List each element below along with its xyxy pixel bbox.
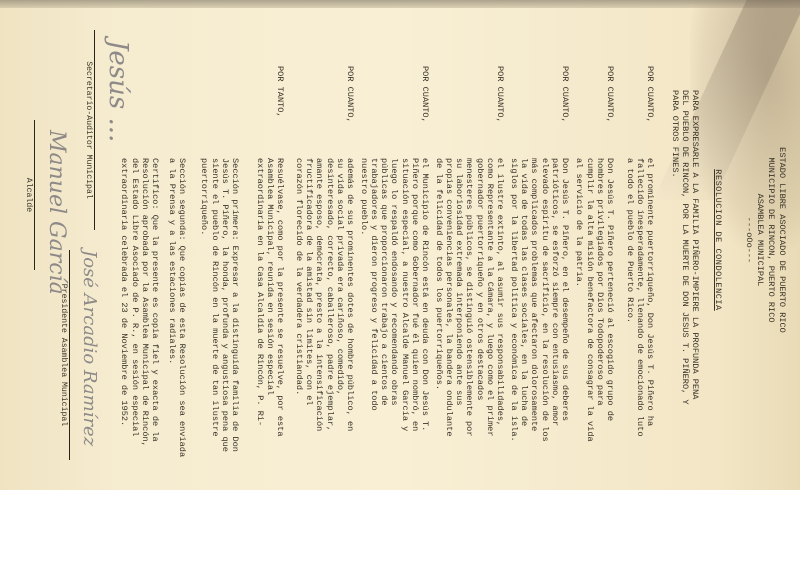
paragraph-text: Resuélvase, como por la presente se resu… (254, 158, 285, 446)
header-divider: ---oOo--- (743, 0, 754, 480)
signature-line (94, 30, 95, 230)
scanned-document: ESTADO LIBRE ASOCIADO DE PUERTO RICO MUN… (0, 0, 800, 490)
therefore-paragraph: POR TANTO, Resuélvase, como por la prese… (254, 66, 285, 446)
paragraph-label: POR CUANTO, (495, 66, 505, 123)
signature-mayor: Manuel García Alcalde (23, 120, 35, 270)
handwritten-signature: Manuel García (51, 130, 61, 295)
whereas-paragraph: POR CUANTO, además de sus prominentes do… (294, 66, 355, 446)
paragraph-text: Don Jesús T. Piñero, en el desempeño de … (509, 158, 570, 446)
paragraph-text: Don Jesús T. Piñero perteneció al escogi… (574, 158, 615, 446)
handwritten-signature: Jesús ... (113, 40, 123, 142)
whereas-paragraph: POR CUANTO, el Municipio de Rincón está … (359, 66, 430, 446)
section-first: Sección primera: Expresar a la distingui… (199, 158, 240, 458)
paragraph-label: POR CUANTO, (645, 66, 655, 123)
handwritten-signature: José Arcadio Ramírez (84, 250, 94, 446)
header-line: ASAMBLEA MUNICIPAL (754, 0, 765, 480)
paragraph-label: POR CUANTO, (605, 66, 615, 123)
whereas-paragraph: POR CUANTO, Don Jesús T. Piñero pertenec… (574, 66, 615, 446)
paragraph-label: POR CUANTO, (420, 66, 430, 123)
intro-paragraph: PARA EXPRESARLE A LA FAMILIA PIÑERO-IMPI… (669, 90, 700, 420)
document-page: ESTADO LIBRE ASOCIADO DE PUERTO RICO MUN… (5, 0, 795, 480)
certification: Certifico: Que la presente es copia fiel… (119, 158, 160, 458)
signature-secretary: Jesús ... Secretario-Auditor Municipal (83, 30, 95, 230)
paragraph-label: POR CUANTO, (345, 66, 355, 123)
whereas-paragraph: POR CUANTO, el ilustre extinto, al asumi… (434, 66, 505, 446)
paragraph-label: POR TANTO, (275, 66, 285, 118)
section-second: Sección segunda: Que copias de esta Reso… (167, 158, 187, 458)
header-line: ESTADO LIBRE ASOCIADO DE PUERTO RICO (776, 0, 787, 480)
header-line: MUNICIPIO DE RINCON, PUERTO RICO (765, 0, 776, 480)
paragraph-text: el Municipio de Rincón está en deuda con… (359, 158, 430, 446)
signature-title: Alcalde (23, 120, 34, 270)
signature-title: Secretario-Auditor Municipal (83, 30, 94, 230)
paragraph-text: además de sus prominentes dotes de hombr… (294, 158, 355, 446)
whereas-paragraph: POR CUANTO, el prominente puertorriqueño… (624, 66, 655, 446)
paragraph-text: el prominente puertorriqueño, Don Jesús … (624, 158, 655, 446)
document-title: RESOLUCION DE CONDOLENCIA (713, 0, 723, 480)
whereas-paragraph: POR CUANTO, Don Jesús T. Piñero, en el d… (509, 66, 570, 446)
paragraph-text: el ilustre extinto, al asumir sus respon… (434, 158, 505, 446)
signature-line (69, 250, 70, 460)
signature-line (34, 120, 35, 270)
paragraph-label: POR CUANTO, (560, 66, 570, 123)
letterhead: ESTADO LIBRE ASOCIADO DE PUERTO RICO MUN… (743, 0, 787, 480)
